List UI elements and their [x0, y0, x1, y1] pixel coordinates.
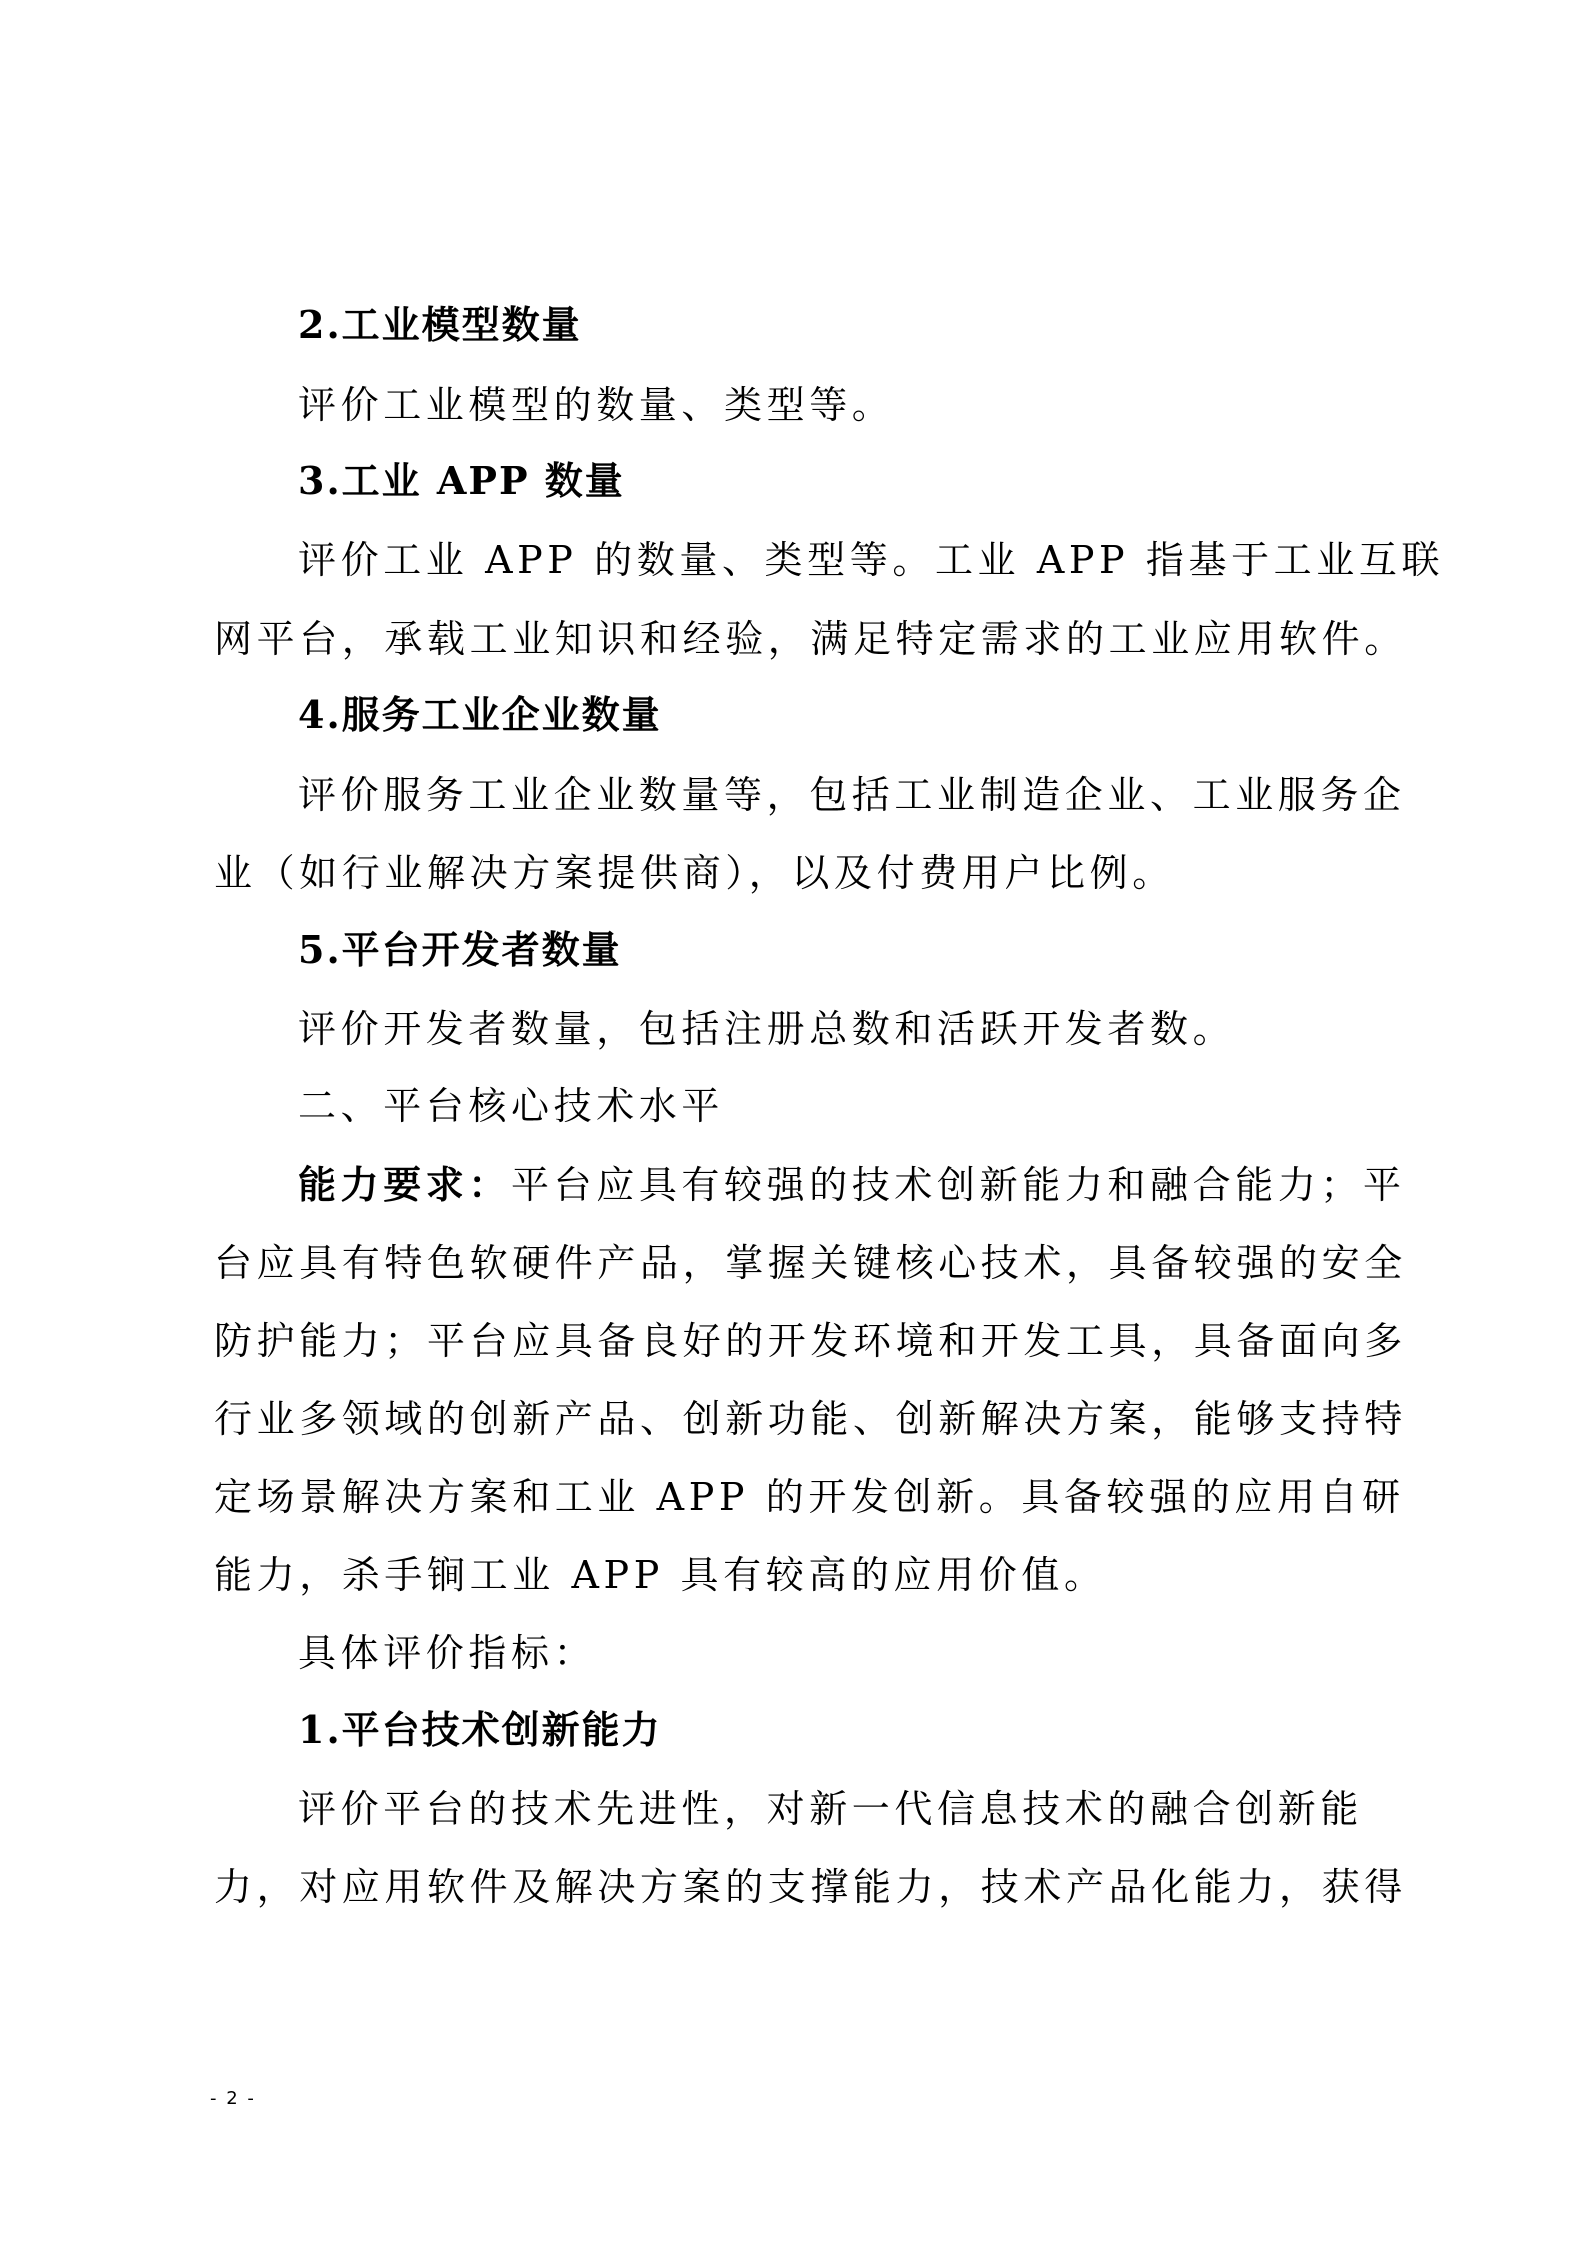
paragraph: 评价工业 APP 的数量、类型等。工业 APP 指基于工业互联 [0, 537, 1587, 583]
paragraph: 评价服务工业企业数量等，包括工业制造企业、工业服务企 [0, 772, 1587, 818]
heading-platform-tech-innovation: 1.平台技术创新能力 [0, 1707, 1587, 1753]
paragraph: 评价平台的技术先进性，对新一代信息技术的融合创新能 [0, 1786, 1587, 1832]
paragraph: 定场景解决方案和工业 APP 的开发创新。具备较强的应用自研 [0, 1474, 1587, 1520]
capability-requirements-label: 能力要求： [298, 1162, 511, 1207]
paragraph-capability-requirements: 能力要求：平台应具有较强的技术创新能力和融合能力；平 [0, 1162, 1587, 1208]
heading-industrial-app-count: 3.工业 APP 数量 [0, 458, 1587, 504]
section-heading-core-technology: 二、平台核心技术水平 [0, 1083, 1587, 1129]
paragraph: 评价开发者数量，包括注册总数和活跃开发者数。 [0, 1006, 1587, 1052]
capability-requirements-text: 平台应具有较强的技术创新能力和融合能力；平 [511, 1163, 1406, 1207]
paragraph: 网平台，承载工业知识和经验，满足特定需求的工业应用软件。 [0, 616, 1587, 662]
paragraph: 力，对应用软件及解决方案的支撑能力，技术产品化能力，获得 [0, 1864, 1587, 1910]
document-page: 2.工业模型数量 评价工业模型的数量、类型等。 3.工业 APP 数量 评价工业… [0, 0, 1587, 2245]
paragraph: 业（如行业解决方案提供商），以及付费用户比例。 [0, 850, 1587, 896]
paragraph: 防护能力；平台应具备良好的开发环境和开发工具，具备面向多 [0, 1318, 1587, 1364]
paragraph: 行业多领域的创新产品、创新功能、创新解决方案，能够支持特 [0, 1396, 1587, 1442]
evaluation-indicators-label: 具体评价指标： [0, 1630, 1587, 1676]
heading-served-enterprise-count: 4.服务工业企业数量 [0, 692, 1587, 738]
heading-developer-count: 5.平台开发者数量 [0, 927, 1587, 973]
page-number: - 2 - [210, 2088, 256, 2109]
paragraph: 台应具有特色软硬件产品，掌握关键核心技术，具备较强的安全 [0, 1240, 1587, 1286]
paragraph: 评价工业模型的数量、类型等。 [0, 382, 1587, 428]
heading-industrial-model-count: 2.工业模型数量 [0, 302, 1587, 348]
paragraph: 能力，杀手锏工业 APP 具有较高的应用价值。 [0, 1552, 1587, 1598]
